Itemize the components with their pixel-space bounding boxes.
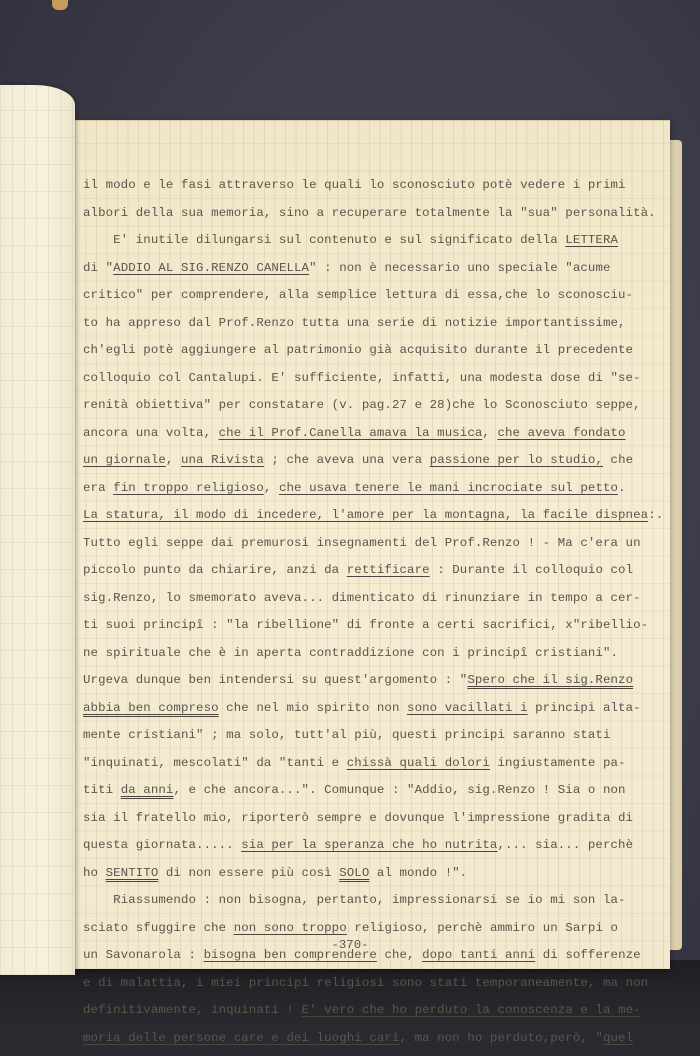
text-line: La statura, il modo di incedere, l'amore… <box>83 502 663 530</box>
text-segment: religioso, perchè ammiro un Sarpi o <box>347 921 618 935</box>
typewritten-text-body: il modo e le fasi attraverso le quali lo… <box>83 172 663 1052</box>
text-segment: ingiustamente pa- <box>490 756 626 770</box>
text-segment: principi alta- <box>528 701 641 715</box>
text-segment: di non essere più così <box>158 866 339 880</box>
text-line: e di malattia, i miei principi religiosi… <box>83 970 663 998</box>
underlined-phrase: passione per lo studio, <box>430 453 603 467</box>
text-segment: :. <box>648 508 663 522</box>
text-segment: , e che ancora...". Comunque : "Addio, s… <box>173 783 625 797</box>
text-line: "inquinati, mescolati" da "tanti e chiss… <box>83 750 663 778</box>
text-line: Riassumendo : non bisogna, pertanto, imp… <box>83 887 663 915</box>
text-segment: piccolo punto da chiarire, anzi da <box>83 563 347 577</box>
text-line: ho SENTITO di non essere più così SOLO a… <box>83 860 663 888</box>
curled-left-page <box>0 85 75 975</box>
text-line: mente cristiani" ; ma solo, tutt'al più,… <box>83 722 663 750</box>
text-segment: ,... sia... perchè <box>497 838 633 852</box>
text-line: abbia ben compreso che nel mio spirito n… <box>83 695 663 723</box>
text-segment: Urgeva dunque ben intendersi su quest'ar… <box>83 673 467 687</box>
underlined-phrase: fin troppo religioso <box>113 481 264 495</box>
text-segment: , <box>482 426 497 440</box>
underlined-phrase: abbia ben compreso <box>83 701 219 715</box>
underlined-phrase: che aveva fondato <box>497 426 625 440</box>
underlined-phrase: SOLO <box>339 866 369 880</box>
text-segment: titi <box>83 783 121 797</box>
text-line: ancora una volta, che il Prof.Canella am… <box>83 420 663 448</box>
text-segment: , <box>264 481 279 495</box>
underlined-phrase: quel <box>603 1031 633 1045</box>
text-segment: Riassumendo : non bisogna, pertanto, imp… <box>83 893 626 907</box>
underlined-phrase: da anni <box>121 783 174 797</box>
text-segment: definitivamente, inquinati ! <box>83 1003 302 1017</box>
text-line: ch'egli potè aggiungere al patrimonio gi… <box>83 337 663 365</box>
text-line: era fin troppo religioso, che usava tene… <box>83 475 663 503</box>
text-segment: colloquio col Cantalupi. E' sufficiente,… <box>83 371 641 385</box>
text-segment: ch'egli potè aggiungere al patrimonio gi… <box>83 343 633 357</box>
text-line: moria delle persone care e dei luoghi ca… <box>83 1025 663 1053</box>
text-line: Urgeva dunque ben intendersi su quest'ar… <box>83 667 663 695</box>
text-line: definitivamente, inquinati ! E' vero che… <box>83 997 663 1025</box>
underlined-phrase: moria delle persone care e dei luoghi ca… <box>83 1031 400 1045</box>
text-line: colloquio col Cantalupi. E' sufficiente,… <box>83 365 663 393</box>
text-segment: sia il fratello mio, riporterò sempre e … <box>83 811 633 825</box>
text-line: titi da anni, e che ancora...". Comunque… <box>83 777 663 805</box>
text-segment: . <box>618 481 626 495</box>
text-segment: di " <box>83 261 113 275</box>
text-line: Tutto egli seppe dai premurosi insegname… <box>83 530 663 558</box>
underlined-phrase: che il Prof.Canella amava la musica <box>219 426 483 440</box>
text-segment: E' inutile dilungarsi sul contenuto e su… <box>83 233 565 247</box>
text-line: critico" per comprendere, alla semplice … <box>83 282 663 310</box>
underlined-phrase: non sono troppo <box>234 921 347 935</box>
text-line: E' inutile dilungarsi sul contenuto e su… <box>83 227 663 255</box>
text-segment: che nel mio spirito non <box>219 701 407 715</box>
text-line: sia il fratello mio, riporterò sempre e … <box>83 805 663 833</box>
text-segment: che <box>603 453 633 467</box>
underlined-phrase: SENTITO <box>106 866 159 880</box>
underlined-phrase: chissà quali dolori <box>347 756 490 770</box>
underlined-phrase: sia per la speranza che ho nutrita <box>241 838 497 852</box>
underlined-phrase: un giornale <box>83 453 166 467</box>
text-segment: : Durante il colloquio col <box>430 563 633 577</box>
text-segment: il modo e le fasi attraverso le quali lo… <box>83 178 626 192</box>
underlined-phrase: ADDIO AL SIG.RENZO CANELLA <box>113 261 309 275</box>
text-line: ti suoi principî : "la ribellione" di fr… <box>83 612 663 640</box>
text-segment: ne spirituale che è in aperta contraddiz… <box>83 646 618 660</box>
text-segment: al mondo !". <box>369 866 467 880</box>
text-segment: , ma non ho perduto,però, " <box>400 1031 603 1045</box>
text-segment: sciato sfuggire che <box>83 921 234 935</box>
text-segment: renità obiettiva" per constatare (v. pag… <box>83 398 641 412</box>
text-line: di "ADDIO AL SIG.RENZO CANELLA" : non è … <box>83 255 663 283</box>
underlined-phrase: La statura, il modo di incedere, l'amore… <box>83 508 648 522</box>
text-line: piccolo punto da chiarire, anzi da retti… <box>83 557 663 585</box>
text-segment: albori della sua memoria, sino a recuper… <box>83 206 656 220</box>
text-line: sig.Renzo, lo smemorato aveva... dimenti… <box>83 585 663 613</box>
text-segment: ; che aveva una vera <box>264 453 430 467</box>
text-segment: sig.Renzo, lo smemorato aveva... dimenti… <box>83 591 641 605</box>
text-segment: mente cristiani" ; ma solo, tutt'al più,… <box>83 728 611 742</box>
text-line: albori della sua memoria, sino a recuper… <box>83 200 663 228</box>
text-segment: to ha appreso dal Prof.Renzo tutta una s… <box>83 316 626 330</box>
text-line: questa giornata..... sia per la speranza… <box>83 832 663 860</box>
text-line: renità obiettiva" per constatare (v. pag… <box>83 392 663 420</box>
text-segment: " : non è necessario uno speciale "acume <box>309 261 610 275</box>
text-segment: ti suoi principî : "la ribellione" di fr… <box>83 618 648 632</box>
text-segment: "inquinati, mescolati" da "tanti e <box>83 756 347 770</box>
text-segment: era <box>83 481 113 495</box>
text-segment: critico" per comprendere, alla semplice … <box>83 288 633 302</box>
text-line: ne spirituale che è in aperta contraddiz… <box>83 640 663 668</box>
underlined-phrase: una Rivista <box>181 453 264 467</box>
page-number: -370- <box>0 938 700 952</box>
underlined-phrase: che usava tenere le mani incrociate sul … <box>279 481 618 495</box>
text-segment: questa giornata..... <box>83 838 241 852</box>
text-segment: Tutto egli seppe dai premurosi insegname… <box>83 536 641 550</box>
text-segment: ancora una volta, <box>83 426 219 440</box>
text-segment: e di malattia, i miei principi religiosi… <box>83 976 648 990</box>
underlined-phrase: LETTERA <box>565 233 618 247</box>
underlined-phrase: Spero che il sig.Renzo <box>467 673 633 687</box>
text-line: un giornale, una Rivista ; che aveva una… <box>83 447 663 475</box>
text-line: to ha appreso dal Prof.Renzo tutta una s… <box>83 310 663 338</box>
text-segment: , <box>166 453 181 467</box>
underlined-phrase: rettificare <box>347 563 430 577</box>
text-line: il modo e le fasi attraverso le quali lo… <box>83 172 663 200</box>
binder-clip <box>52 0 68 10</box>
text-segment: ho <box>83 866 106 880</box>
underlined-phrase: E' vero che ho perduto la conoscenza e l… <box>302 1003 641 1017</box>
underlined-phrase: sono vacillati i <box>407 701 528 715</box>
